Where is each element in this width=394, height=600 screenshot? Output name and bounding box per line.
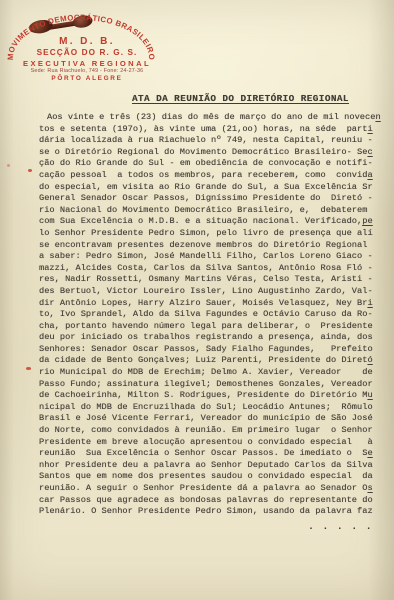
document-line: Plenário. O Senhor Presidente Pedro Simo… — [39, 506, 381, 518]
document-line: Passo Fundo; assinatura ilegível; Demost… — [39, 379, 381, 391]
footer-dots: . . . . . — [308, 522, 373, 533]
document-line: cha, portanto havendo número legal para … — [39, 321, 381, 333]
document-line: Santos que em nome dos presentes saudou … — [39, 471, 381, 483]
ink-speck — [7, 164, 10, 167]
document-line: se encontravam presentes dezenove membro… — [39, 240, 381, 252]
document-line: res, Nadir Rossetti, Osmany Martins Véra… — [39, 274, 381, 286]
document-line: rio Nacional do Movimento Democrático Br… — [39, 205, 381, 217]
document-line: rio Municipal do MDB de Erechim; Delmo A… — [39, 367, 381, 379]
letterhead-org-abbr: M. D. B. — [2, 36, 172, 47]
document-body: Aos vinte e três (23) dias do mês de mar… — [39, 112, 381, 518]
document-line: dária localizada à rua Riachuelo nº 749,… — [39, 135, 381, 147]
letterhead: MOVIMENTO DEMOCRÁTICO BRASILEIRO M. D. B… — [2, 12, 172, 86]
document-line: Aos vinte e três (23) dias do mês de mar… — [39, 112, 381, 124]
letterhead-city: PÔRTO ALEGRE — [2, 75, 172, 82]
document-line: se o Diretório Regional do Movimento Dem… — [39, 147, 381, 159]
letterhead-executive: EXECUTIVA REGIONAL — [2, 59, 172, 68]
document-line: nhor Presidente deu a palavra ao Senhor … — [39, 460, 381, 472]
document-line: reunião Sua Excelência o Senhor Oscar Pa… — [39, 448, 381, 460]
document-line: lo Senhor Presidente Pedro Simon, pelo l… — [39, 228, 381, 240]
letterhead-address: Sede: Rua Riachuelo, 749 - Fone: 24-27-3… — [2, 68, 172, 74]
document-line: Presidente em breve alocução apresentou … — [39, 437, 381, 449]
ink-speck — [26, 367, 31, 370]
document-line: mazzi, Alcides Costa, Carlos da Silva Sa… — [39, 263, 381, 275]
document-line: Brasil e José Vicente Ferrari, Vereador … — [39, 413, 381, 425]
document-line: tos e setenta (197o), às vinte uma (21,o… — [39, 124, 381, 136]
document-line: dir Antônio Lopes, Harry Alziro Sauer, M… — [39, 298, 381, 310]
document-line: a saber: Pedro Simon, José Mandelli Filh… — [39, 251, 381, 263]
document-line: da cidade de Bento Gonçalves; Luiz Paren… — [39, 355, 381, 367]
document-line: nicipal do MDB de Encruzilhada do Sul; L… — [39, 402, 381, 414]
letterhead-section: SECÇÃO DO R. G. S. — [2, 48, 172, 57]
document-line: Senhores: Senador Oscar Passos, Sady Fia… — [39, 344, 381, 356]
document-line: de Cachoeirinha, Milton S. Rodrigues, Pr… — [39, 390, 381, 402]
document-line: to, Ivo Sprandel, Aldo da Silva Fagundes… — [39, 309, 381, 321]
ink-speck — [28, 169, 32, 172]
document-line: des Bertuol, Victor Loureiro Issler, Lin… — [39, 286, 381, 298]
document-line: reunião. A seguir o Senhor Presidente dá… — [39, 483, 381, 495]
document-line: com Sua Excelência o M.D.B. e a situação… — [39, 216, 381, 228]
document-line: ção do Rio Grande do Sul - em obediência… — [39, 158, 381, 170]
scanned-document-page: MOVIMENTO DEMOCRÁTICO BRASILEIRO M. D. B… — [0, 0, 394, 600]
document-line: cação pessoal a todos os membros, para r… — [39, 170, 381, 182]
document-line: General Senador Oscar Passos, Digníssimo… — [39, 193, 381, 205]
document-line: do especial, em visita ao Rio Grande do … — [39, 182, 381, 194]
document-line: car Passos que agradece as bondosas pala… — [39, 495, 381, 507]
document-title: ATA DA REUNIÃO DO DIRETÓRIO REGIONAL — [132, 93, 349, 104]
document-line: do Norte, como convidados à reunião. Em … — [39, 425, 381, 437]
document-line: deu por iniciado os trabalhos registrand… — [39, 332, 381, 344]
